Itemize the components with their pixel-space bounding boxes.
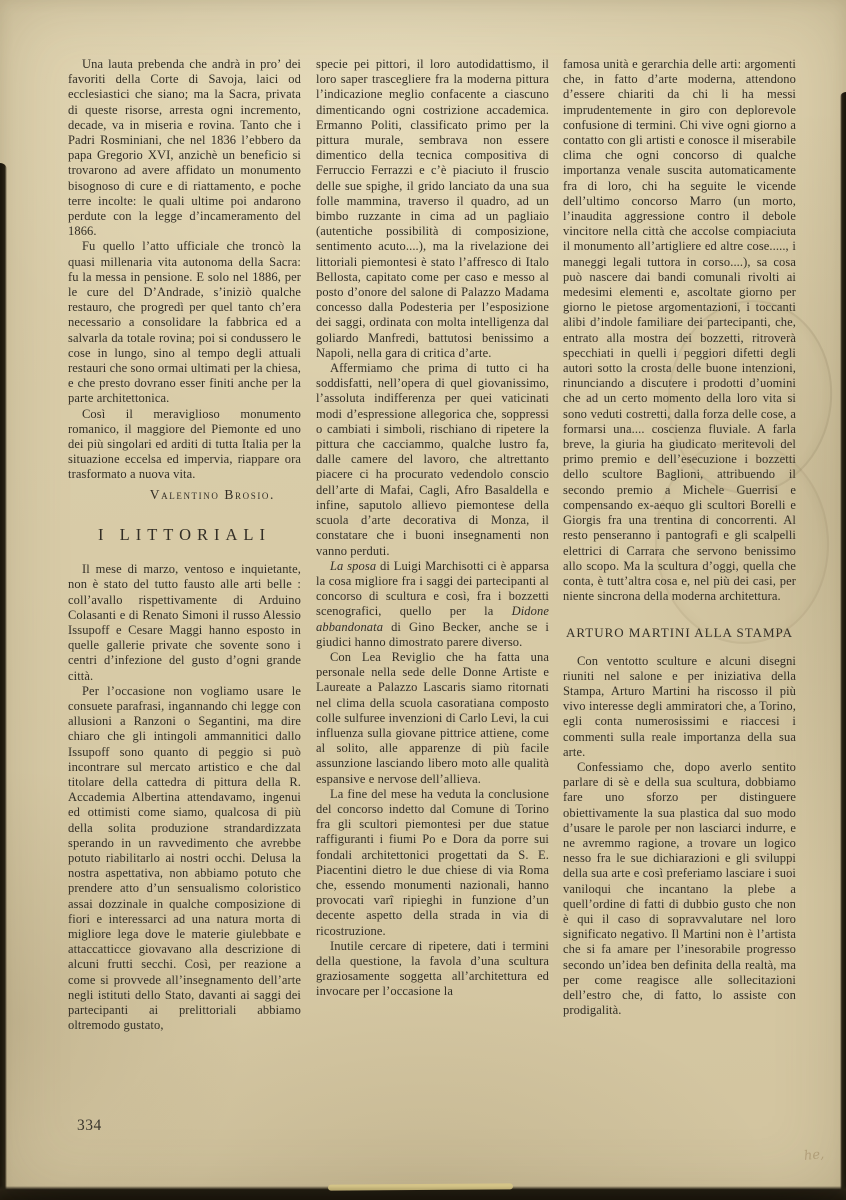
italic-run: La sposa xyxy=(330,559,376,573)
paragraph: Fu quello l’atto ufficiale che troncò la… xyxy=(68,239,301,406)
column-right: famosa unità e gerarchia delle arti: arg… xyxy=(563,57,796,1018)
text-run: Il mese di marzo, ventoso e inquietante,… xyxy=(68,562,301,682)
text-run: La fine del mese ha veduta la conclusion… xyxy=(316,787,549,938)
text-run: famosa unità e gerarchia delle arti: arg… xyxy=(563,57,796,603)
paragraph: specie pei pittori, il loro autodidattis… xyxy=(316,57,549,361)
paragraph: Confessiamo che, dopo averlo sentito par… xyxy=(563,760,796,1018)
text-run: Con ventotto sculture e alcuni disegni r… xyxy=(563,654,796,759)
paragraph: Con ventotto sculture e alcuni disegni r… xyxy=(563,654,796,760)
paragraph: La fine del mese ha veduta la conclusion… xyxy=(316,787,549,939)
text-run: Con Lea Reviglio che ha fatta una person… xyxy=(316,650,549,786)
text-run: Per l’occasione non vogliamo usare le co… xyxy=(68,684,301,1032)
section-heading: I LITTORIALI xyxy=(68,527,301,542)
paragraph: Una lauta prebenda che andrà in pro’ dei… xyxy=(68,57,301,239)
author-signature: Valentino Brosio. xyxy=(68,487,275,502)
text-run: Valentino Brosio. xyxy=(150,487,275,502)
text-run: specie pei pittori, il loro autodidattis… xyxy=(316,57,549,360)
paragraph: Inutile cercare di ripetere, dati i term… xyxy=(316,939,549,1000)
text-run: ARTURO MARTINI ALLA STAMPA xyxy=(566,625,793,640)
paragraph: Affermiamo che prima di tutto ci ha sodd… xyxy=(316,361,549,559)
page-number: 334 xyxy=(77,1117,102,1135)
paragraph: Il mese di marzo, ventoso e inquietante,… xyxy=(68,562,301,684)
text-run: Così il meraviglioso monumento romanico,… xyxy=(68,407,301,482)
column-left: Una lauta prebenda che andrà in pro’ dei… xyxy=(68,57,301,1033)
text-run: Fu quello l’atto ufficiale che troncò la… xyxy=(68,239,301,405)
text-run: Una lauta prebenda che andrà in pro’ dei… xyxy=(68,57,301,238)
paragraph: Così il meraviglioso monumento romanico,… xyxy=(68,407,301,483)
scan-edge-right xyxy=(840,92,846,1200)
scan-edge-left xyxy=(0,163,7,1200)
paragraph: La sposa di Luigi Marchisotti ci è appar… xyxy=(316,559,549,650)
pencil-mark: he, xyxy=(803,1147,825,1164)
paragraph: Con Lea Reviglio che ha fatta una person… xyxy=(316,650,549,787)
column-middle: specie pei pittori, il loro autodidattis… xyxy=(316,57,549,1000)
section-heading: ARTURO MARTINI ALLA STAMPA xyxy=(563,625,796,640)
paper-edge-sliver xyxy=(328,1183,513,1190)
text-run: I LITTORIALI xyxy=(98,525,271,544)
scanned-page: Una lauta prebenda che andrà in pro’ dei… xyxy=(0,0,846,1200)
text-run: Affermiamo che prima di tutto ci ha sodd… xyxy=(316,361,549,557)
paragraph: Per l’occasione non vogliamo usare le co… xyxy=(68,684,301,1034)
paragraph: famosa unità e gerarchia delle arti: arg… xyxy=(563,57,796,604)
text-run: Confessiamo che, dopo averlo sentito par… xyxy=(563,760,796,1017)
text-run: Inutile cercare di ripetere, dati i term… xyxy=(316,939,549,999)
